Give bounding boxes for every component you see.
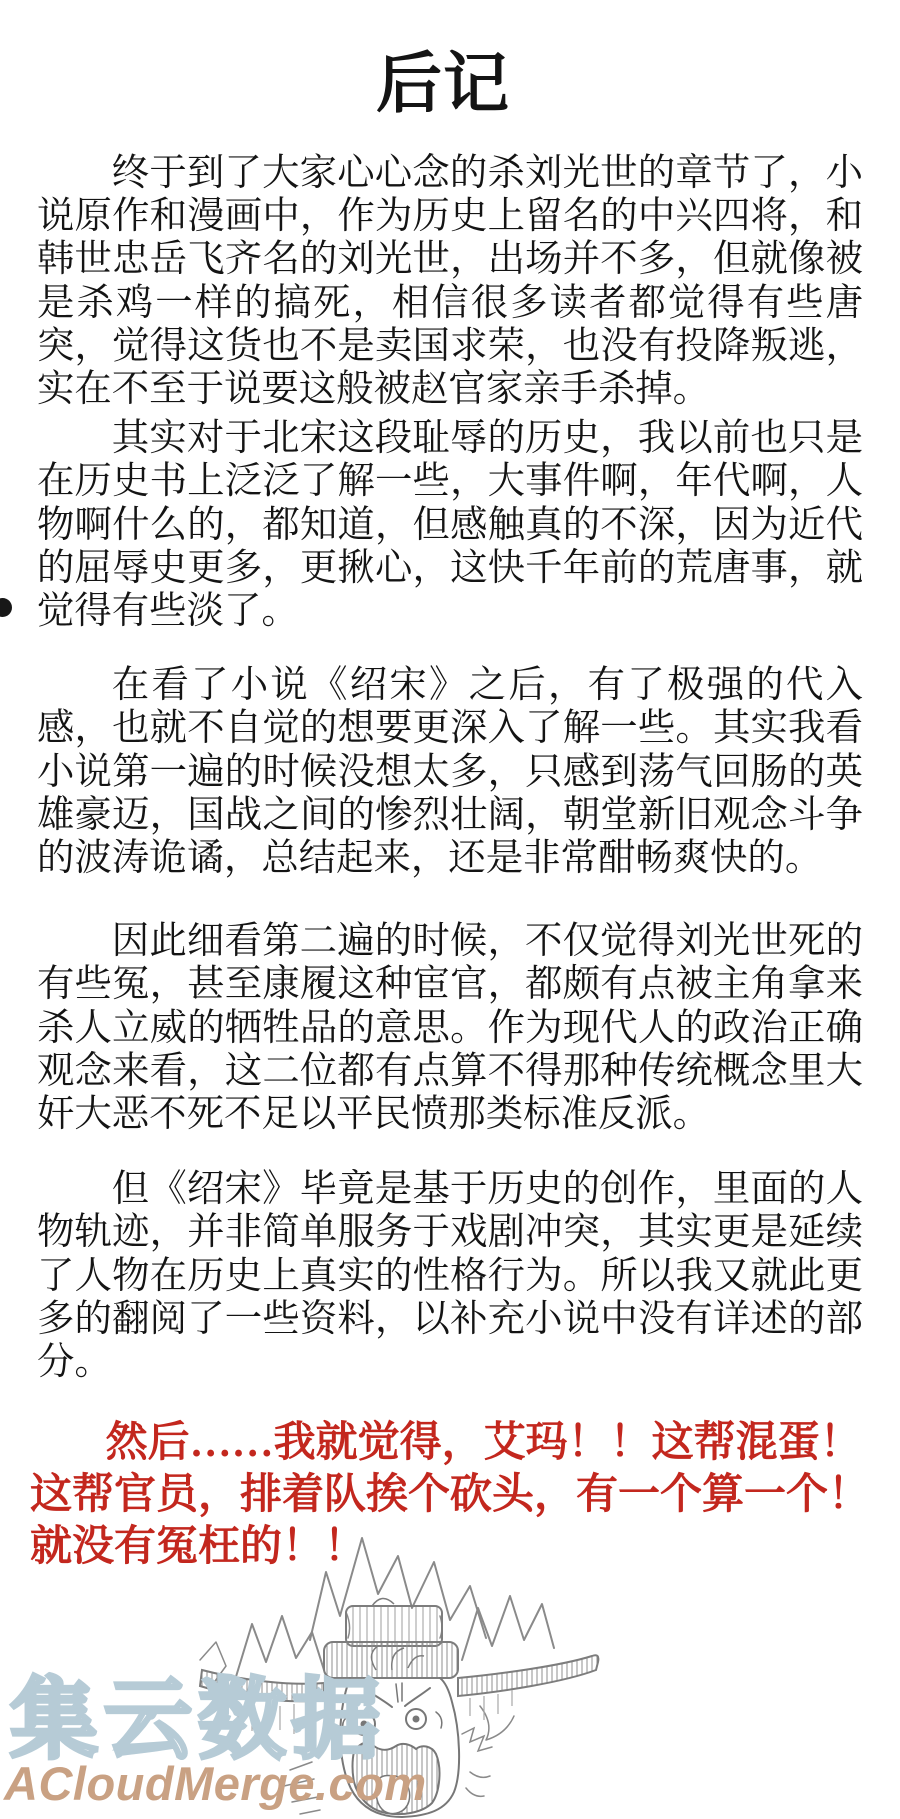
afterword-paragraph: 因此细看第二遍的时候，不仅觉得刘光世死的有些冤，甚至康履这种宦官，都颇有点被主角…	[37, 919, 863, 1135]
red-note-line: 这帮官员，排着队挨个砍头，有一个算一个！	[30, 1469, 878, 1521]
official-hat	[324, 1598, 458, 1678]
red-note-line: 就没有冤枉的！！	[30, 1521, 878, 1573]
afterword-paragraph: 终于到了大家心心念的杀刘光世的章节了，小说原作和漫画中，作为历史上留名的中兴四将…	[37, 151, 863, 410]
ink-dot	[0, 598, 12, 617]
page-title: 后记	[0, 50, 893, 119]
afterword-paragraph: 但《绍宋》毕竟是基于历史的创作，里面的人物轨迹，并非简单服务于戏剧冲突，其实更是…	[37, 1167, 863, 1383]
afterword-body: 终于到了大家心心念的杀刘光世的章节了，小说原作和漫画中，作为历史上留名的中兴四将…	[37, 151, 863, 1383]
red-note-line: 然后……我就觉得，艾玛！！这帮混蛋！	[30, 1417, 878, 1469]
afterword-paragraph: 其实对于北宋这段耻辱的历史，我以前也只是在历史书上泛泛了解一些，大事件啊，年代啊…	[37, 416, 863, 632]
watermark-cn: 集云数据	[10, 1676, 386, 1764]
afterword-page: 后记 终于到了大家心心念的杀刘光世的章节了，小说原作和漫画中，作为历史上留名的中…	[0, 0, 900, 1819]
watermark-en: ACloudMerge.com	[4, 1760, 427, 1807]
red-exclamation-note: 然后……我就觉得，艾玛！！这帮混蛋！这帮官员，排着队挨个砍头，有一个算一个！就没…	[30, 1417, 878, 1573]
afterword-paragraph: 在看了小说《绍宋》之后，有了极强的代入感，也就不自觉的想要更深入了解一些。其实我…	[37, 663, 863, 879]
